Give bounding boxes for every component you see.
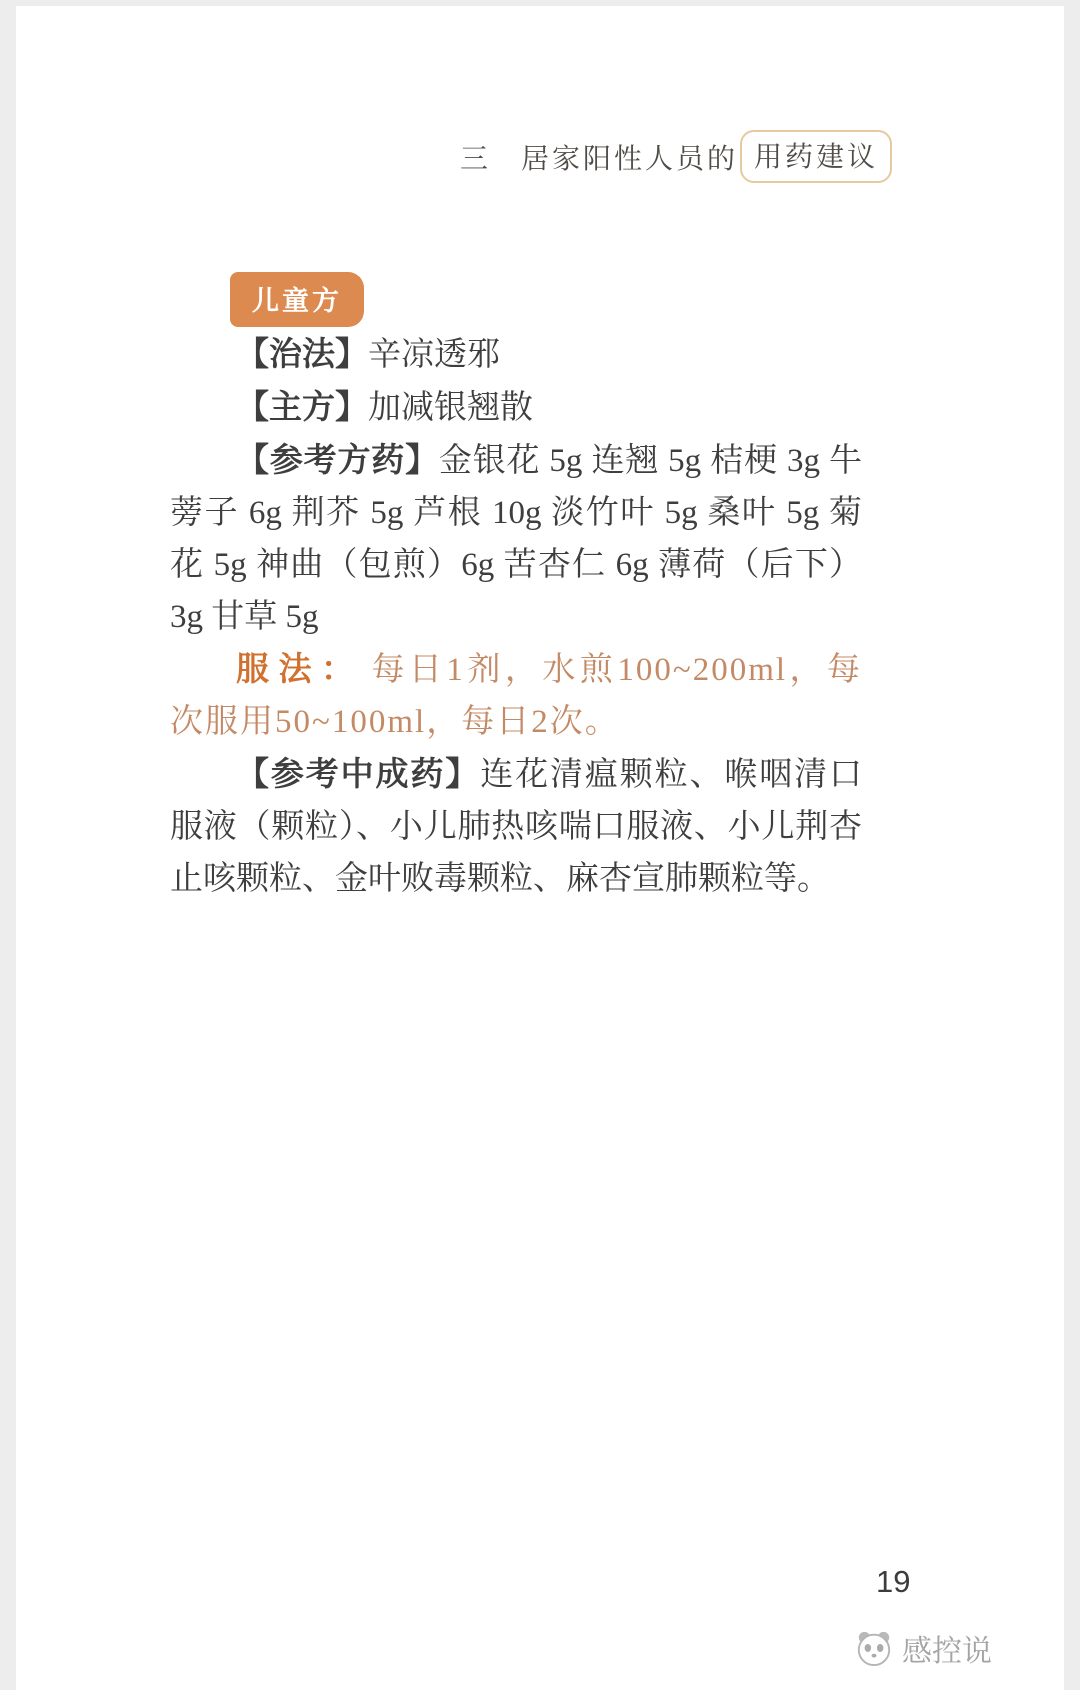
- page: 三 居家阳性人员的 用药建议 儿童方 【治法】辛凉透邪 【主方】加减银翘散 【参…: [16, 6, 1064, 1690]
- paragraph-main-formula: 【主方】加减银翘散: [170, 381, 862, 434]
- content-block: 【治法】辛凉透邪 【主方】加减银翘散 【参考方药】金银花 5g 连翘 5g 桔梗…: [170, 328, 862, 905]
- para-text: 加减银翘散: [368, 390, 533, 426]
- running-header: 三 居家阳性人员的 用药建议: [460, 130, 892, 183]
- panda-logo-icon: [855, 1629, 893, 1667]
- page-frame: 三 居家阳性人员的 用药建议 儿童方 【治法】辛凉透邪 【主方】加减银翘散 【参…: [0, 0, 1080, 1690]
- paragraph-reference-patent-medicines: 【参考中成药】连花清瘟颗粒、喉咽清口服液（颗粒）、小儿肺热咳喘口服液、小儿荆杏止…: [170, 748, 862, 905]
- para-label: 【参考中成药】: [236, 755, 480, 792]
- page-number: 19: [876, 1564, 910, 1600]
- para-label: 服法：: [236, 650, 363, 687]
- section-badge-children-formula: 儿童方: [230, 272, 364, 327]
- chapter-number: 三: [460, 137, 491, 177]
- header-title: 居家阳性人员的: [521, 137, 738, 177]
- header-title-boxed: 用药建议: [740, 130, 892, 183]
- paragraph-dosage-method: 服法：每日1剂，水煎100~200ml，每次服用50~100ml，每日2次。: [170, 643, 862, 748]
- para-text: 辛凉透邪: [368, 337, 500, 373]
- para-label: 【参考方药】: [236, 441, 439, 478]
- paragraph-treatment-method: 【治法】辛凉透邪: [170, 328, 862, 381]
- para-label: 【治法】: [236, 335, 368, 372]
- watermark: 感控说: [855, 1626, 992, 1670]
- para-label: 【主方】: [236, 388, 368, 425]
- watermark-text: 感控说: [902, 1626, 992, 1670]
- paragraph-reference-herbs: 【参考方药】金银花 5g 连翘 5g 桔梗 3g 牛蒡子 6g 荆芥 5g 芦根…: [170, 434, 862, 643]
